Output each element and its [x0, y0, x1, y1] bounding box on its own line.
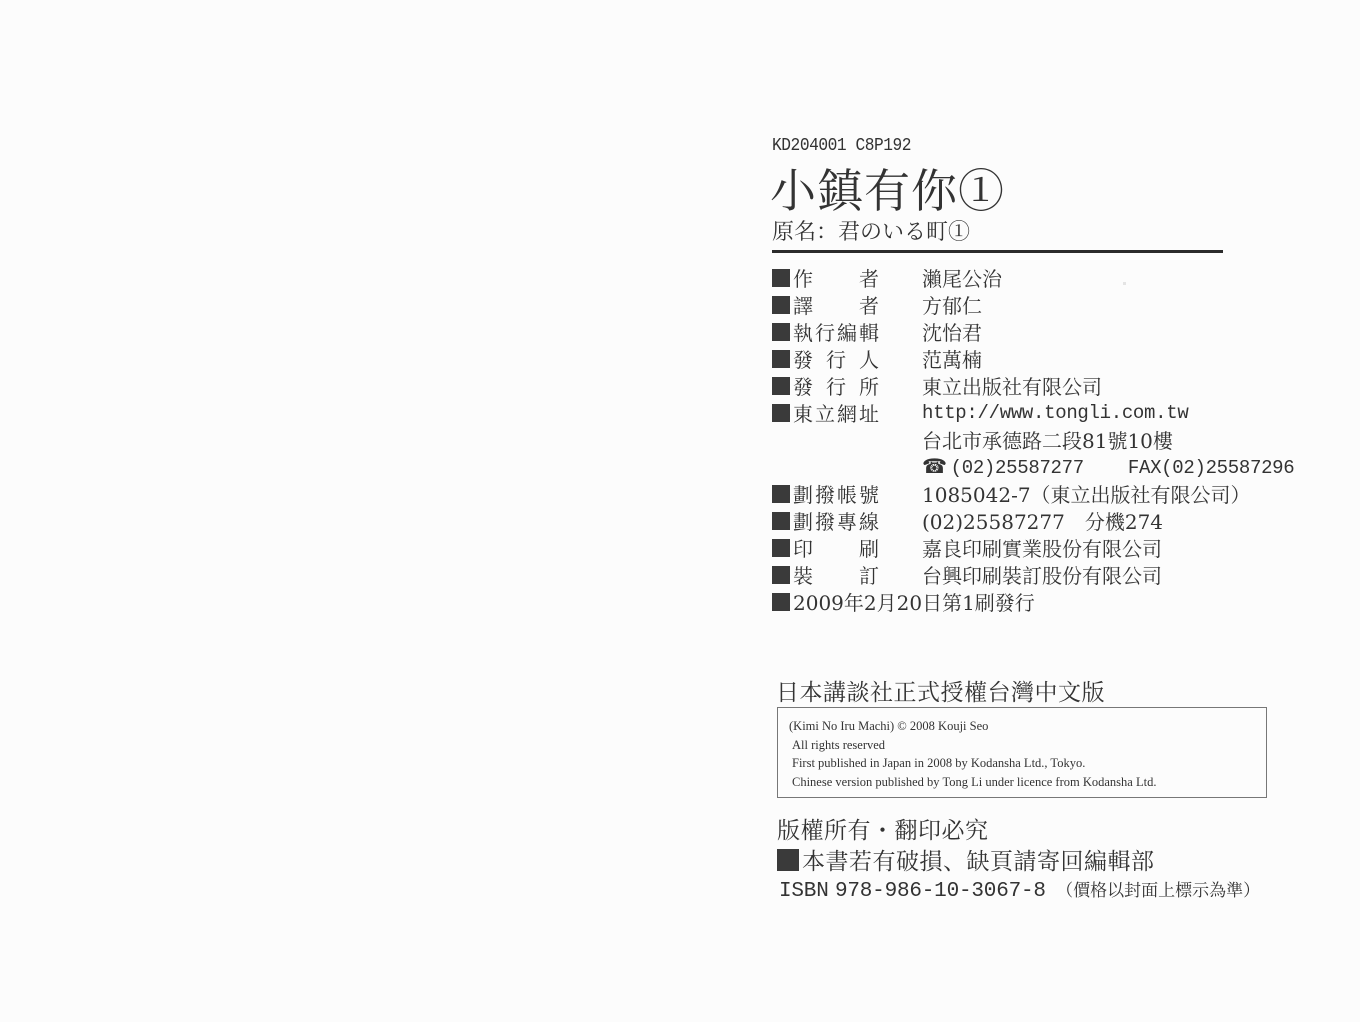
telephone-icon: ☎	[922, 454, 947, 478]
address-row: 台北市承德路二段81號10樓	[772, 426, 1332, 453]
damage-notice-row: 本書若有破損、缺頁請寄回編輯部	[777, 843, 1155, 876]
square-bullet-icon	[772, 269, 790, 287]
credit-value: 方郁仁	[922, 290, 1332, 319]
credit-translator: 譯者 方郁仁	[772, 291, 1332, 318]
credit-label: 作者	[793, 263, 879, 292]
credit-binding: 裝訂 台興印刷裝訂股份有限公司	[772, 561, 1332, 588]
first-published-line: First published in Japan in 2008 by Koda…	[789, 754, 1266, 773]
release-date-row: 2009年2月20日第1刷發行	[772, 588, 1332, 615]
address: 台北市承德路二段81號10樓	[922, 425, 1332, 454]
website-url[interactable]: http://www.tongli.com.tw	[922, 402, 1332, 424]
square-bullet-icon	[772, 539, 790, 557]
square-bullet-icon	[772, 593, 790, 611]
isbn-label: ISBN	[779, 880, 829, 903]
square-bullet-icon	[772, 377, 790, 395]
credit-printing: 印刷 嘉良印刷實業股份有限公司	[772, 534, 1332, 561]
credit-value: 范萬楠	[922, 344, 1332, 373]
chinese-version-line: Chinese version published by Tong Li und…	[789, 773, 1266, 792]
credit-value: 沈怡君	[922, 317, 1332, 346]
isbn-number: 978-986-10-3067-8	[835, 880, 1046, 903]
isbn-row: ISBN 978-986-10-3067-8 （價格以封面上標示為準）	[779, 876, 1260, 903]
title-rule	[772, 250, 1223, 253]
license-box: (Kimi No Iru Machi) © 2008 Kouji Seo All…	[777, 707, 1267, 798]
phone-number: (02)25587277	[951, 457, 1084, 479]
credit-label: 印刷	[793, 533, 879, 562]
credit-label: 東立網址	[793, 398, 879, 427]
credit-value: 瀨尾公治	[922, 263, 1332, 292]
square-bullet-icon	[772, 512, 790, 530]
square-bullet-icon	[772, 323, 790, 341]
credit-label: 劃撥帳號	[793, 479, 879, 508]
license-heading: 日本講談社正式授權台灣中文版	[776, 674, 1105, 707]
credit-label: 執行編輯	[793, 317, 879, 346]
credit-label: 發行所	[793, 371, 879, 400]
blank-left-page	[0, 0, 680, 1022]
credits-list: 作者 瀨尾公治 譯者 方郁仁 執行編輯 沈怡君 發行人 范萬楠 發行所 東立出版…	[772, 264, 1332, 615]
release-date: 2009年2月20日第1刷發行	[793, 587, 1332, 616]
rights-reserved-line: All rights reserved	[789, 736, 1266, 755]
square-bullet-icon	[772, 296, 790, 314]
square-bullet-icon	[772, 566, 790, 584]
hotline-number: (02)25587277	[922, 510, 1065, 534]
credit-postal-account: 劃撥帳號 1085042-7（東立出版社有限公司）	[772, 480, 1332, 507]
credit-editor: 執行編輯 沈怡君	[772, 318, 1332, 345]
copyright-line: (Kimi No Iru Machi) © 2008 Kouji Seo	[789, 717, 1266, 736]
square-bullet-icon	[777, 849, 799, 871]
credit-label: 裝訂	[793, 560, 879, 589]
credit-website: 東立網址 http://www.tongli.com.tw	[772, 399, 1332, 426]
colophon: KD204001 C8P192 小鎮有你① 原名：君のいる町① 作者 瀨尾公治 …	[772, 0, 1332, 1022]
credit-label: 譯者	[793, 290, 879, 319]
credit-publisher-company: 發行所 東立出版社有限公司	[772, 372, 1332, 399]
catalog-code: KD204001 C8P192	[772, 136, 911, 156]
price-note: （價格以封面上標示為準）	[1056, 881, 1260, 901]
damage-notice: 本書若有破損、缺頁請寄回編輯部	[802, 843, 1155, 876]
original-title: 原名：君のいる町①	[772, 219, 970, 247]
credit-label: 發行人	[793, 344, 879, 373]
credit-label: 劃撥專線	[793, 506, 879, 535]
square-bullet-icon	[772, 485, 790, 503]
square-bullet-icon	[772, 404, 790, 422]
credit-publisher-person: 發行人 范萬楠	[772, 345, 1332, 372]
book-title: 小鎮有你①	[770, 164, 1005, 218]
rights-notice: 版權所有・翻印必究	[777, 812, 989, 845]
credit-value: 1085042-7（東立出版社有限公司）	[922, 479, 1332, 508]
extension: 分機274	[1085, 510, 1163, 534]
scan-speck	[1123, 282, 1126, 285]
credit-value: 台興印刷裝訂股份有限公司	[922, 560, 1332, 589]
phone-row: ☎(02)25587277FAX(02)25587296	[772, 453, 1332, 480]
fax-number: FAX(02)25587296	[1128, 457, 1295, 479]
square-bullet-icon	[772, 350, 790, 368]
credit-author: 作者 瀨尾公治	[772, 264, 1332, 291]
credit-postal-hotline: 劃撥專線 (02)25587277分機274	[772, 507, 1332, 534]
credit-value: 東立出版社有限公司	[922, 371, 1332, 400]
credit-value: 嘉良印刷實業股份有限公司	[922, 533, 1332, 562]
